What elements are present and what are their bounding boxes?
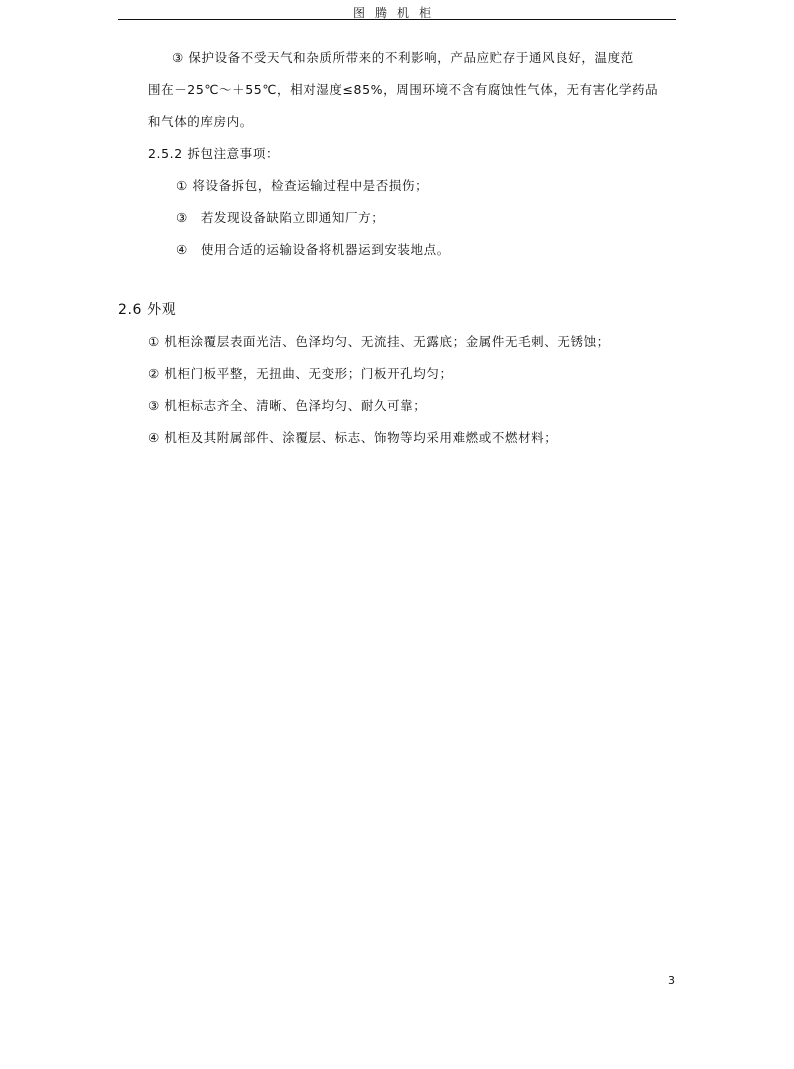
storage-line-1: ③ 保护设备不受天气和杂质所带来的不利影响，产品应贮存于通风良好，温度范 [172, 48, 634, 66]
storage-line-2: 围在－25℃～＋55℃，相对湿度≤85%，周围环境不含有腐蚀性气体，无有害化学药… [148, 80, 658, 98]
appearance-item-2: ② 机柜门板平整，无扭曲、无变形；门板开孔均匀； [148, 364, 453, 382]
unpacking-item-2: ③ 若发现设备缺陷立即通知厂方； [176, 208, 384, 226]
header-divider [118, 19, 676, 20]
page-number: 3 [668, 974, 675, 987]
unpacking-heading: 2.5.2 拆包注意事项： [148, 144, 279, 162]
appearance-item-4: ④ 机柜及其附属部件、涂覆层、标志、饰物等均采用难燃或不燃材料； [148, 428, 557, 446]
unpacking-item-1: ① 将设备拆包，检查运输过程中是否损伤； [176, 176, 428, 194]
appearance-item-1: ① 机柜涂覆层表面光洁、色泽均匀、无流挂、无露底；金属件无毛刺、无锈蚀； [148, 332, 610, 350]
storage-line-3: 和气体的库房内。 [148, 112, 253, 130]
appearance-item-3: ③ 机柜标志齐全、清晰、色泽均匀、耐久可靠； [148, 396, 426, 414]
unpacking-item-3: ④ 使用合适的运输设备将机器运到安装地点。 [176, 240, 450, 258]
appearance-heading: 2.6 外观 [118, 299, 176, 319]
